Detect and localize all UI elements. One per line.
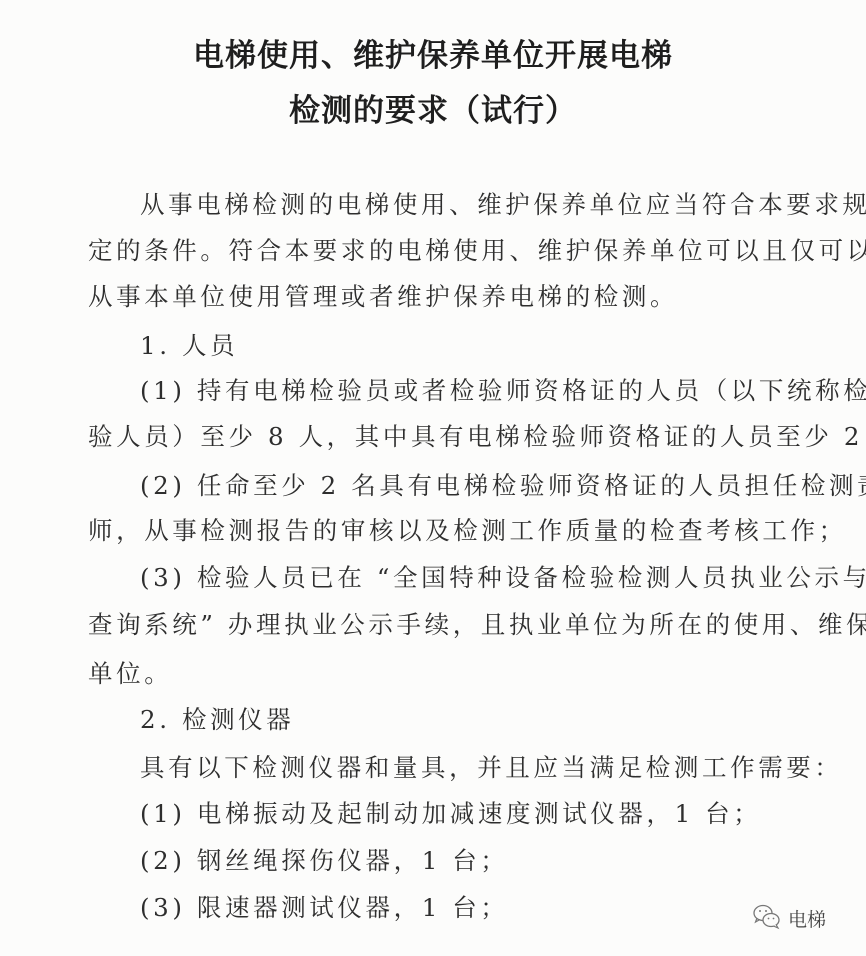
intro-paragraph-line-2: 定的条件。符合本要求的电梯使用、维护保养单位可以且仅可以	[88, 236, 808, 266]
personnel-item-2-line-1: (2) 任命至少 2 名具有电梯检验师资格证的人员担任检测责任	[140, 471, 860, 501]
intro-paragraph-line-3: 从事本单位使用管理或者维护保养电梯的检测。	[88, 282, 808, 312]
document-page: 电梯使用、维护保养单位开展电梯 检测的要求（试行） 从事电梯检测的电梯使用、维护…	[0, 0, 866, 956]
intro-paragraph-line-1: 从事电梯检测的电梯使用、维护保养单位应当符合本要求规	[140, 190, 860, 220]
instrument-item-1: (1) 电梯振动及起制动加减速度测试仪器，1 台；	[140, 799, 860, 829]
section-heading-instruments: 2. 检测仪器	[140, 705, 860, 735]
personnel-item-3-line-2: 查询系统” 办理执业公示手续，且执业单位为所在的使用、维保	[88, 610, 808, 640]
watermark: 电梯	[752, 903, 826, 933]
personnel-item-3-line-1: (3) 检验人员已在 “全国特种设备检验检测人员执业公示与	[140, 563, 860, 593]
instrument-item-2: (2) 钢丝绳探伤仪器，1 台；	[140, 846, 860, 876]
document-title-line-2: 检测的要求（试行）	[0, 85, 866, 130]
document-title-line-1: 电梯使用、维护保养单位开展电梯	[0, 30, 866, 75]
wechat-icon	[752, 902, 782, 934]
personnel-item-1-line-2: 验人员）至少 8 人，其中具有电梯检验师资格证的人员至少 2 人；	[88, 422, 808, 452]
personnel-item-1-line-1: (1) 持有电梯检验员或者检验师资格证的人员（以下统称检	[140, 376, 860, 406]
personnel-item-3-line-3: 单位。	[88, 659, 808, 689]
instruments-intro: 具有以下检测仪器和量具，并且应当满足检测工作需要：	[140, 753, 860, 783]
section-heading-personnel: 1. 人员	[140, 331, 860, 361]
personnel-item-2-line-2: 师，从事检测报告的审核以及检测工作质量的检查考核工作；	[88, 516, 808, 546]
watermark-label: 电梯	[788, 905, 826, 932]
